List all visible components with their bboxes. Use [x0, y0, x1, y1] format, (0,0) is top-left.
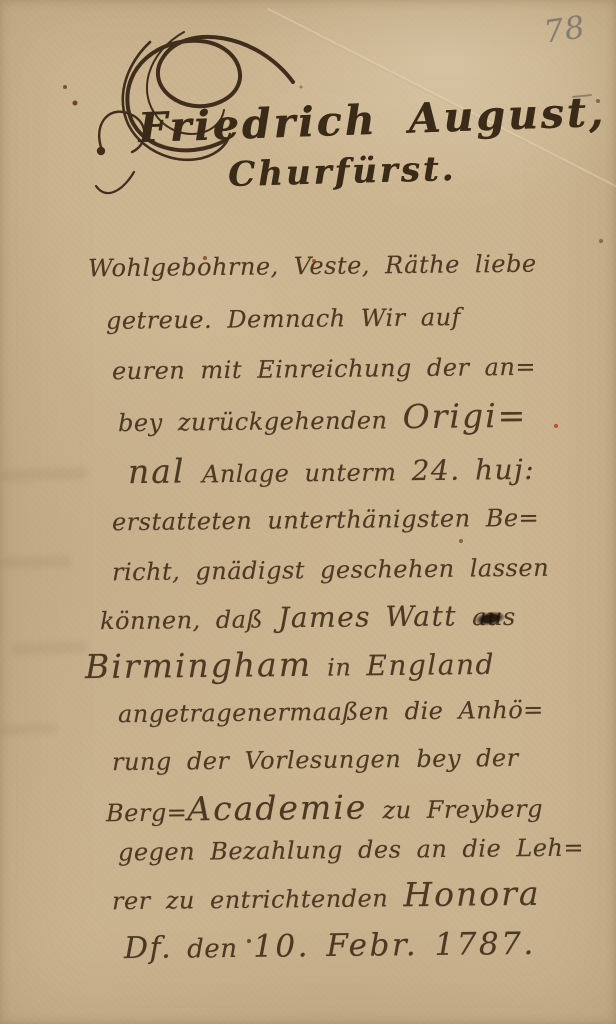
manuscript-line: rung der Vorlesungen bey der [112, 744, 519, 776]
text-segment: zu Freyberg [367, 795, 543, 825]
text-segment: bey zurückgehenden [118, 406, 403, 437]
text-segment: Wohlgebohrne, Veste, Räthe liebe [88, 250, 537, 283]
text-segment: rung der Vorlesungen bey der [112, 744, 519, 776]
text-segment: England [366, 648, 495, 682]
text-segment: Berg= [106, 798, 188, 827]
text-segment: den [187, 934, 253, 965]
manuscript-line: nal Anlage unterm 24. huj: [128, 448, 536, 491]
text-segment: 24. huj: [411, 453, 535, 487]
manuscript-line: angetragenermaaßen die Anhö= [118, 696, 544, 728]
text-segment: Honora [403, 874, 541, 914]
text-segment: nal [128, 451, 202, 491]
heading-ruler-title: Churfürst. [228, 149, 457, 195]
manuscript-page: 78 Friedrich August, Churfürst. Wohlgebo… [0, 0, 616, 1024]
ink-showthrough [0, 723, 58, 735]
text-segment: James Watt [278, 599, 457, 634]
ink-showthrough [2, 555, 72, 569]
manuscript-line: rer zu entrichtenden Honora [112, 874, 541, 917]
text-segment: rer zu entrichtenden [112, 884, 404, 915]
text-segment: Df. [124, 930, 188, 966]
text-segment: aus [457, 603, 516, 632]
manuscript-line: bey zurückgehenden Origi= [118, 396, 528, 439]
text-segment: können, daß [100, 605, 278, 635]
text-segment: in [312, 653, 367, 682]
text-segment: Birmingham [85, 645, 312, 686]
manuscript-line: richt, gnädigst geschehen lassen [112, 554, 549, 587]
ink-showthrough [0, 466, 88, 482]
text-segment: Origi= [402, 396, 527, 436]
manuscript-line: gegen Bezahlung des an die Leh= [118, 834, 584, 867]
text-segment: gegen Bezahlung des an die Leh= [118, 834, 584, 867]
ink-showthrough [10, 641, 88, 656]
text-segment: erstatteten unterthänigsten Be= [112, 504, 539, 536]
text-segment: euren mit Einreichung der an= [112, 353, 536, 385]
date-line: Df. den 10. Febr. 1787. [124, 926, 536, 966]
text-segment: 10. Febr. 1787. [253, 926, 536, 965]
text-segment: richt, gnädigst geschehen lassen [112, 554, 549, 587]
page-number: 78 [542, 9, 588, 50]
manuscript-line: Berg=Academie zu Freyberg [106, 786, 543, 830]
manuscript-line: Birmingham in England [85, 643, 495, 686]
text-segment: getreue. Demnach Wir auf [106, 303, 461, 335]
text-segment: Anlage unterm [202, 458, 412, 488]
paper-speckles [0, 0, 2, 2]
manuscript-line: getreue. Demnach Wir auf [106, 303, 461, 335]
text-segment: Academie [187, 788, 367, 829]
manuscript-line: können, daß James Watt aus [100, 599, 516, 636]
manuscript-line: erstatteten unterthänigsten Be= [112, 504, 539, 536]
text-segment: angetragenermaaßen die Anhö= [118, 696, 544, 728]
manuscript-line: euren mit Einreichung der an= [112, 353, 536, 385]
manuscript-line: Wohlgebohrne, Veste, Räthe liebe [88, 250, 537, 283]
